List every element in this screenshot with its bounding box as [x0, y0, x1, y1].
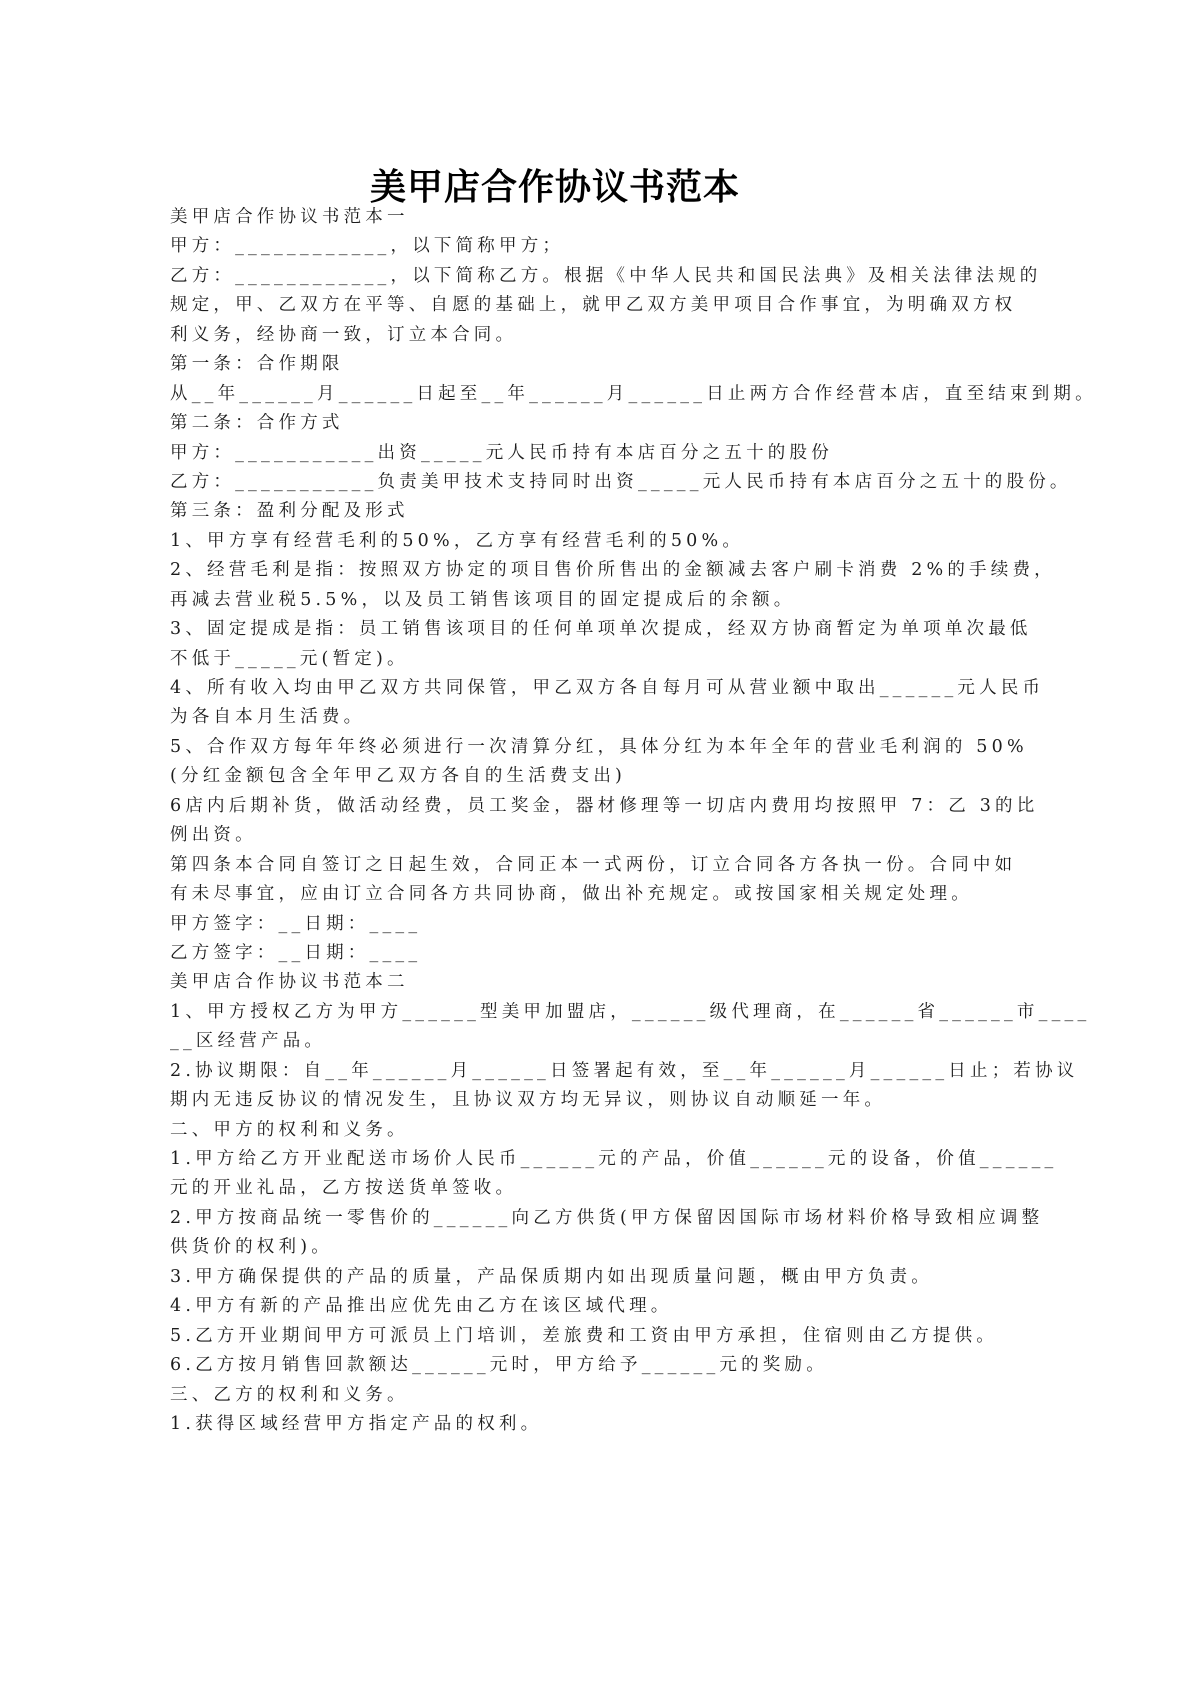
- list-item-continuation: __区经营产品。: [170, 1027, 1030, 1056]
- list-item: 1.获得区域经营甲方指定产品的权利。: [170, 1410, 1030, 1439]
- document-body: 美甲店合作协议书范本一 甲方：____________，以下简称甲方； 乙方：_…: [170, 203, 1030, 1439]
- list-item-continuation: 期内无违反协议的情况发生，且协议双方均无异议，则协议自动顺延一年。: [170, 1086, 1030, 1115]
- party-b-line: 乙方：____________，以下简称乙方。根据《中华人民共和国民法典》及相关…: [170, 262, 1030, 291]
- list-item: 5.乙方开业期间甲方可派员上门培训，差旅费和工资由甲方承担，住宿则由乙方提供。: [170, 1322, 1030, 1351]
- article-heading: 第一条：合作期限: [170, 350, 1030, 379]
- list-item-continuation: 例出资。: [170, 821, 1030, 850]
- article-heading: 第二条：合作方式: [170, 409, 1030, 438]
- article-paragraph-continuation: 有未尽事宜，应由订立合同各方共同协商，做出补充规定。或按国家相关规定处理。: [170, 880, 1030, 909]
- article-heading: 第三条：盈利分配及形式: [170, 497, 1030, 526]
- list-item: 6店内后期补货，做活动经费，员工奖金，器材修理等一切店内费用均按照甲 7：乙 3…: [170, 792, 1030, 821]
- list-item: 2.甲方按商品统一零售价的______向乙方供货(甲方保留因国际市场材料价格导致…: [170, 1204, 1030, 1233]
- list-item: 2、经营毛利是指：按照双方协定的项目售价所售出的金额减去客户刷卡消费 2%的手续…: [170, 556, 1030, 585]
- list-item-continuation: 不低于_____元(暂定)。: [170, 645, 1030, 674]
- list-item-continuation: (分红金额包含全年甲乙双方各自的生活费支出): [170, 762, 1030, 791]
- document-page: 美甲店合作协议书范本 美甲店合作协议书范本一 甲方：____________，以…: [0, 0, 1190, 1683]
- list-item: 4.甲方有新的产品推出应优先由乙方在该区域代理。: [170, 1292, 1030, 1321]
- list-item: 6.乙方按月销售回款额达______元时，甲方给予______元的奖励。: [170, 1351, 1030, 1380]
- paragraph-line: 从__年______月______日起至__年______月______日止两方…: [170, 380, 1030, 409]
- list-item-continuation: 供货价的权利)。: [170, 1233, 1030, 1262]
- paragraph-line: 乙方：___________负责美甲技术支持同时出资_____元人民币持有本店百…: [170, 468, 1030, 497]
- list-item: 5、合作双方每年年终必须进行一次清算分红，具体分红为本年全年的营业毛利润的 50…: [170, 733, 1030, 762]
- list-item: 1、甲方授权乙方为甲方______型美甲加盟店，______级代理商，在____…: [170, 998, 1030, 1027]
- list-item: 3、固定提成是指：员工销售该项目的任何单项单次提成，经双方协商暂定为单项单次最低: [170, 615, 1030, 644]
- section-heading-sample-two: 美甲店合作协议书范本二: [170, 968, 1030, 997]
- list-item: 1、甲方享有经营毛利的50%，乙方享有经营毛利的50%。: [170, 527, 1030, 556]
- list-item-continuation: 为各自本月生活费。: [170, 703, 1030, 732]
- list-item-continuation: 元的开业礼品，乙方按送货单签收。: [170, 1174, 1030, 1203]
- section-heading: 三、乙方的权利和义务。: [170, 1381, 1030, 1410]
- party-a-signature-line: 甲方签字：__日期：____: [170, 910, 1030, 939]
- paragraph-line: 利义务，经协商一致，订立本合同。: [170, 321, 1030, 350]
- party-b-signature-line: 乙方签字：__日期：____: [170, 939, 1030, 968]
- list-item: 3.甲方确保提供的产品的质量，产品保质期内如出现质量问题，概由甲方负责。: [170, 1263, 1030, 1292]
- list-item: 2.协议期限：自__年______月______日签署起有效，至__年_____…: [170, 1057, 1030, 1086]
- section-heading-sample-one: 美甲店合作协议书范本一: [170, 203, 1030, 232]
- party-a-line: 甲方：____________，以下简称甲方；: [170, 232, 1030, 261]
- list-item: 4、所有收入均由甲乙双方共同保管，甲乙双方各自每月可从营业额中取出______元…: [170, 674, 1030, 703]
- list-item-continuation: 再减去营业税5.5%，以及员工销售该项目的固定提成后的余额。: [170, 586, 1030, 615]
- paragraph-line: 甲方：___________出资_____元人民币持有本店百分之五十的股份: [170, 439, 1030, 468]
- list-item: 1.甲方给乙方开业配送市场价人民币______元的产品，价值______元的设备…: [170, 1145, 1030, 1174]
- paragraph-line: 规定，甲、乙双方在平等、自愿的基础上，就甲乙双方美甲项目合作事宜，为明确双方权: [170, 291, 1030, 320]
- article-paragraph: 第四条本合同自签订之日起生效，合同正本一式两份，订立合同各方各执一份。合同中如: [170, 851, 1030, 880]
- section-heading: 二、甲方的权利和义务。: [170, 1116, 1030, 1145]
